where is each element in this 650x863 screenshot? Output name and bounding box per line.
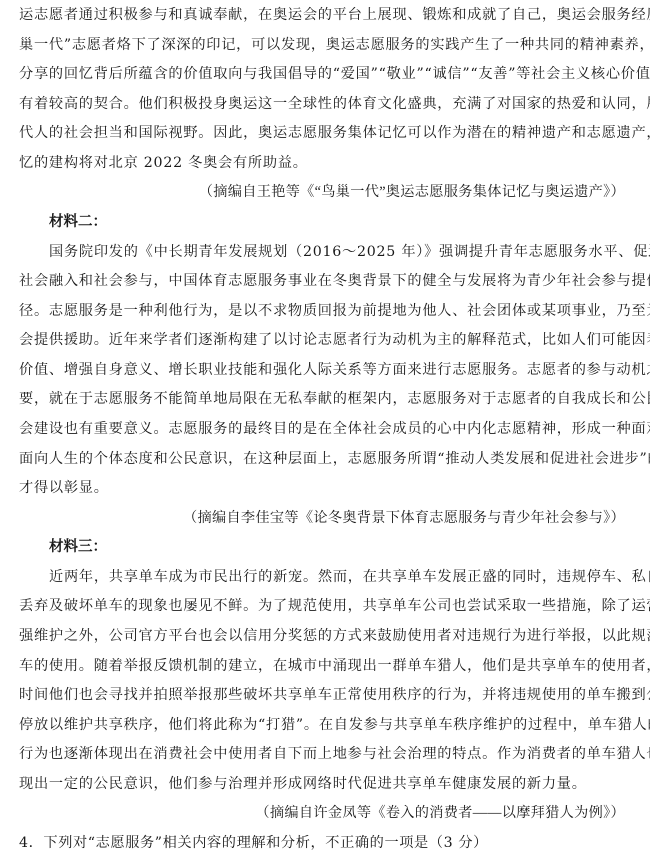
text-line: 要，就在于志愿服务不能简单地局限在无私奉献的框架内，志愿服务对于志愿者的自我成长…: [19, 389, 625, 409]
text-line: 分享的回忆背后所蕴含的价值取向与我国倡导的“爱国”“敬业”“诚信”“友善”等社会…: [19, 64, 625, 84]
text-line: 近两年，共享单车成为市民出行的新宠。然而，在共享单车发展正盛的同时，违规停车、私…: [49, 567, 625, 587]
text-line: 径。志愿服务是一种利他行为，是以不求物质回报为前提地为他人、社会团体或某项事业，…: [19, 301, 625, 321]
text-line: 停放以维护共享秩序，他们将此称为“打猎”。在自发参与共享单车秩序维护的过程中，单…: [19, 715, 625, 735]
text-line: 丢弃及破坏单车的现象也屡见不鲜。为了规范使用，共享单车公司也尝试采取一些措施，除…: [19, 596, 625, 616]
text-line: 会提供援助。近年来学者们逐渐构建了以讨论志愿者行为动机为主的解释范式，比如人们可…: [19, 330, 625, 350]
text-line: 社会融入和社会参与，中国体育志愿服务事业在冬奥背景下的健全与发展将为青少年社会参…: [19, 271, 625, 291]
material-2-citation: （摘编自李佳宝等《论冬奥背景下体育志愿服务与青少年社会参与》）: [183, 508, 625, 528]
exam-page: 运志愿者通过积极参与和真诚奉献，在奥运会的平台上展现、锻炼和成就了自己，奥运会服…: [0, 0, 650, 863]
text-line: 价值、增强自身意义、增长职业技能和强化人际关系等方面来进行志愿服务。志愿者的参与…: [19, 360, 625, 380]
text-line: 强维护之外，公司官方平台也会以信用分奖惩的方式来鼓励使用者对违规行为进行举报，以…: [19, 626, 625, 646]
text-line: 会建设也有重要意义。志愿服务的最终目的是在全体社会成员的心中内化志愿精神，形成一…: [19, 419, 625, 439]
text-line: 时间他们也会寻找并拍照举报那些破坏共享单车正常使用秩序的行为，并将违规使用的单车…: [19, 685, 625, 705]
text-line: 运志愿者通过积极参与和真诚奉献，在奥运会的平台上展现、锻炼和成就了自己，奥运会服…: [19, 5, 625, 25]
material-3-heading: 材料三：: [49, 537, 107, 557]
material-2-heading: 材料二：: [49, 212, 107, 232]
material-3-citation: （摘编自许金凤等《卷入的消费者——以摩拜猎人为例》）: [255, 803, 625, 823]
text-line: 巢一代”志愿者烙下了深深的印记，可以发现，奥运志愿服务的实践产生了一种共同的精神…: [19, 35, 625, 55]
text-line: 车的使用。随着举报反馈机制的建立，在城市中涌现出一群单车猎人，他们是共享单车的使…: [19, 656, 625, 676]
material-1-citation: （摘编自王艳等《“鸟巢一代”奥运志愿服务集体记忆与奥运遗产》）: [199, 182, 625, 202]
text-line: 行为也逐渐体现出在消费社会中使用者自下而上地参与社会治理的特点。作为消费者的单车…: [19, 744, 625, 764]
text-line: 忆的建构将对北京 2022 冬奥会有所助益。: [19, 153, 625, 173]
text-line: 现出一定的公民意识，他们参与治理并形成网络时代促进共享单车健康发展的新力量。: [19, 774, 625, 794]
text-line: 国务院印发的《中长期青年发展规划（2016～2025 年）》强调提升青年志愿服务…: [49, 242, 625, 262]
text-line: 代人的社会担当和国际视野。因此，奥运志愿服务集体记忆可以作为潜在的精神遗产和志愿…: [19, 123, 625, 143]
text-line: 面向人生的个体态度和公民意识，在这种层面上，志愿服务所谓“推动人类发展和促进社会…: [19, 449, 625, 469]
text-line: 有着较高的契合。他们积极投身奥运这一全球性的体育文化盛典，充满了对国家的热爱和认…: [19, 94, 625, 114]
question-4: 4．下列对“志愿服务”相关内容的理解和分析，不正确的一项是（3 分）: [19, 833, 488, 853]
text-line: 才得以彰显。: [19, 478, 625, 498]
